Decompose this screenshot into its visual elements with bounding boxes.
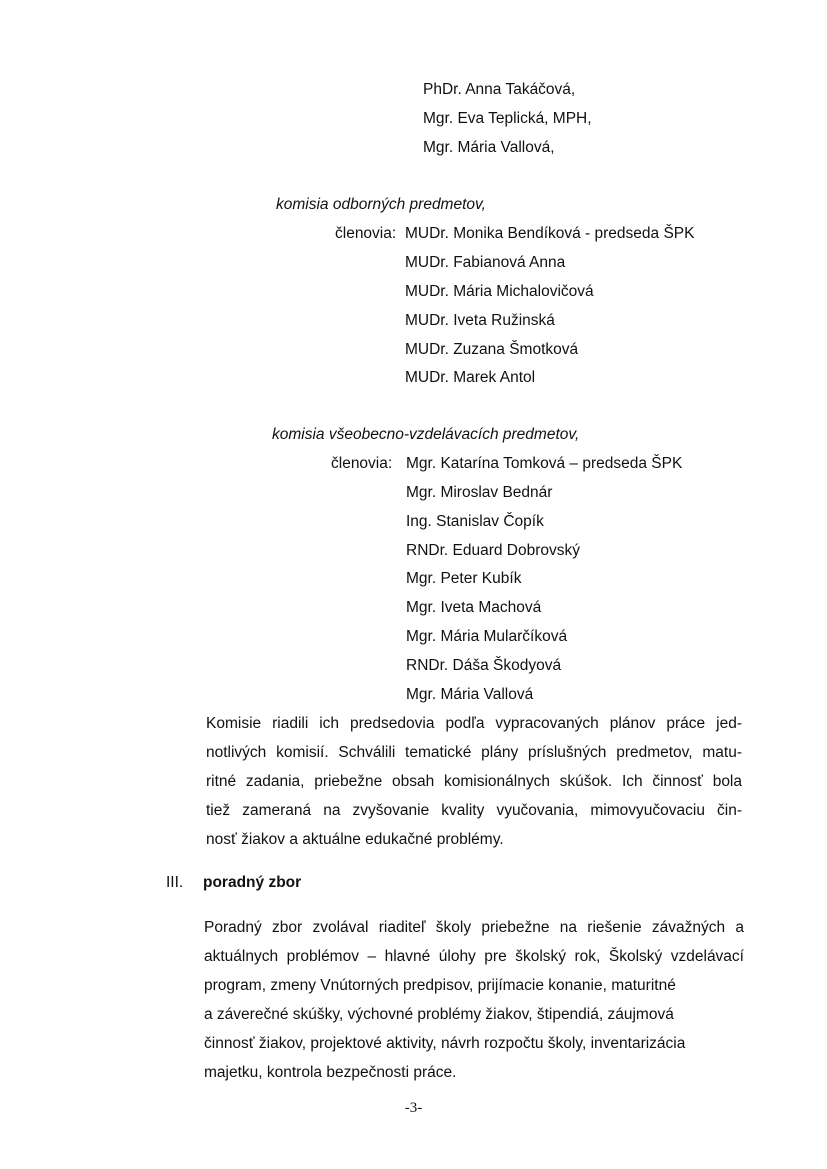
paragraph-line: program, zmeny Vnútorných predpisov, pri… [204, 971, 744, 1000]
member-name: RNDr. Eduard Dobrovský [406, 542, 580, 560]
page-number: -3- [0, 1100, 827, 1117]
members-label: členovia: [335, 225, 396, 243]
member-name: Mgr. Mária Vallová [406, 686, 533, 704]
member-name: PhDr. Anna Takáčová, [423, 81, 575, 99]
member-name: MUDr. Marek Antol [405, 369, 535, 387]
paragraph-line: ritné zadania, priebežne obsah komisioná… [206, 767, 742, 796]
paragraph-line: a záverečné skúšky, výchovné problémy ži… [204, 1000, 744, 1029]
commission-title: komisia odborných predmetov, [276, 196, 486, 214]
paragraph-line: nosť žiakov a aktuálne edukačné problémy… [206, 825, 742, 854]
paragraph-line: činnosť žiakov, projektové aktivity, náv… [204, 1029, 744, 1058]
member-name: MUDr. Iveta Ružinská [405, 312, 555, 330]
paragraph-line: aktuálnych problémov – hlavné úlohy pre … [204, 942, 744, 971]
member-name: Mgr. Miroslav Bednár [406, 484, 552, 502]
member-name: Ing. Stanislav Čopík [406, 513, 544, 531]
advisory-board-paragraph: Poradný zbor zvolával riaditeľ školy pri… [204, 913, 744, 1087]
commission-paragraph: Komisie riadili ich predsedovia podľa vy… [206, 709, 742, 854]
paragraph-line: majetku, kontrola bezpečnosti práce. [204, 1058, 744, 1087]
member-name: MUDr. Zuzana Šmotková [405, 341, 578, 359]
member-name: Mgr. Katarína Tomková – predseda ŠPK [406, 455, 682, 473]
member-name: MUDr. Mária Michalovičová [405, 283, 594, 301]
member-name: MUDr. Monika Bendíková - predseda ŠPK [405, 225, 694, 243]
member-name: Mgr. Eva Teplická, MPH, [423, 110, 592, 128]
member-name: RNDr. Dáša Škodyová [406, 657, 561, 675]
member-name: Mgr. Iveta Machová [406, 599, 541, 617]
section-heading: poradný zbor [203, 874, 301, 892]
commission-title: komisia všeobecno-vzdelávacích predmetov… [272, 426, 579, 444]
member-name: Mgr. Mária Mularčíková [406, 628, 567, 646]
member-name: MUDr. Fabianová Anna [405, 254, 565, 272]
paragraph-line: Komisie riadili ich predsedovia podľa vy… [206, 709, 742, 738]
paragraph-line: tiež zameraná na zvyšovanie kvality vyuč… [206, 796, 742, 825]
member-name: Mgr. Mária Vallová, [423, 139, 555, 157]
section-number: III. [166, 874, 183, 892]
paragraph-line: notlivých komisií. Schválili tematické p… [206, 738, 742, 767]
paragraph-line: Poradný zbor zvolával riaditeľ školy pri… [204, 913, 744, 942]
members-label: členovia: [331, 455, 392, 473]
member-name: Mgr. Peter Kubík [406, 570, 521, 588]
